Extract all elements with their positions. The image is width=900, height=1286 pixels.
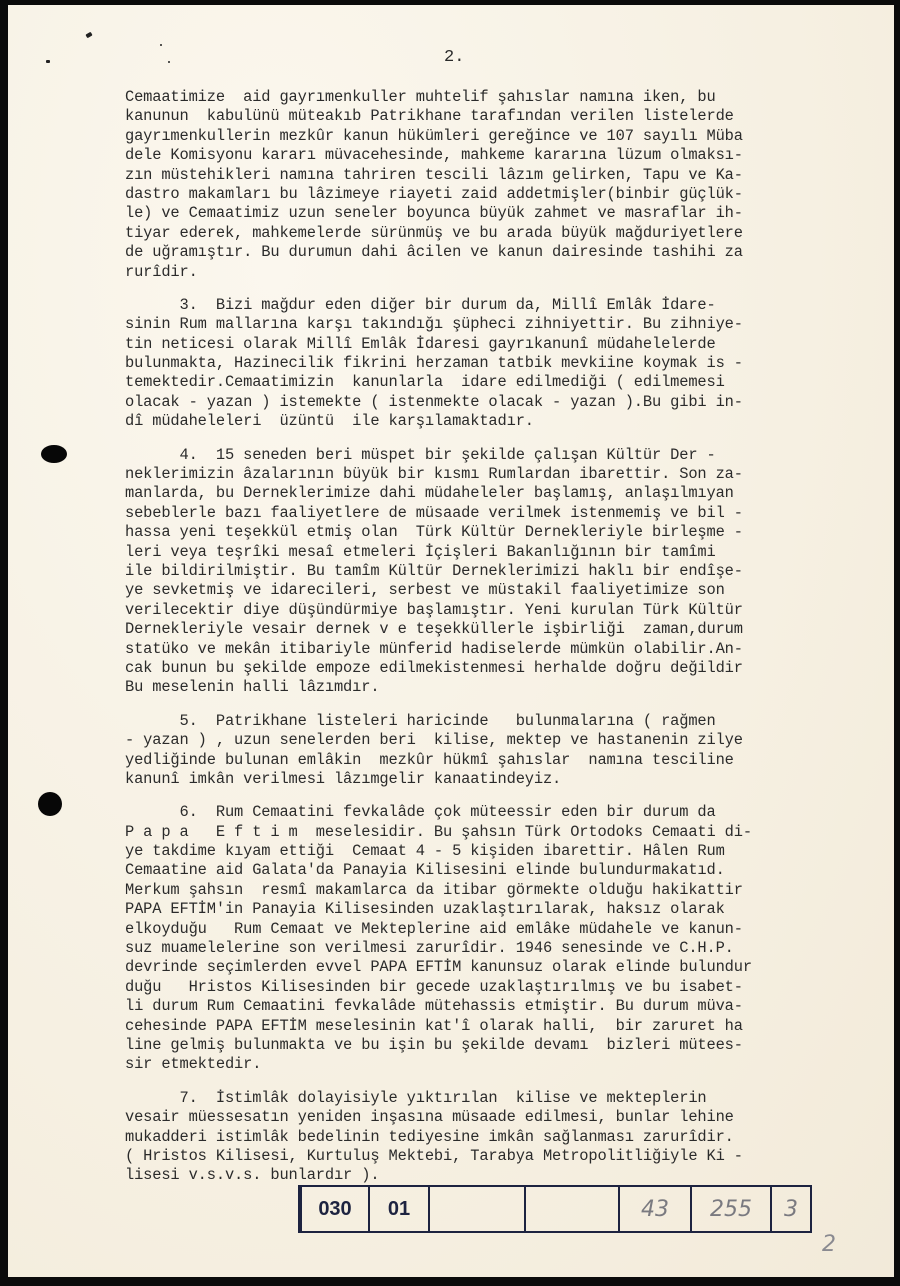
text-line: 5. Patrikhane listeleri haricinde bulunm… — [125, 712, 895, 731]
paragraph-p6: 6. Rum Cemaatini fevkalâde çok müteessir… — [125, 803, 895, 1074]
text-line: line gelmiş bulunmakta ve bu işin bu şek… — [125, 1036, 895, 1055]
text-line: P a p a E f t i m meselesidir. Bu şahsın… — [125, 823, 895, 842]
ink-speck — [168, 61, 170, 63]
text-line: dî müdaheleleri üzüntü ile karşılamaktad… — [125, 412, 895, 431]
text-line: leri veya teşrîki mesaî etmeleri İçişler… — [125, 543, 895, 562]
text-line: Cemaatimize aid gayrımenkuller muhtelif … — [125, 88, 895, 107]
paragraph-p7: 7. İstimlâk dolayisiyle yıktırılan kilis… — [125, 1089, 895, 1186]
text-line: 6. Rum Cemaatini fevkalâde çok müteessir… — [125, 803, 895, 822]
text-line: dastro makamları bu lâzimeye riayeti zai… — [125, 185, 895, 204]
paragraph-p2-cont: Cemaatimize aid gayrımenkuller muhtelif … — [125, 88, 895, 282]
stamp-cell — [526, 1187, 620, 1231]
punch-hole-lower — [38, 792, 62, 816]
text-line: statüko ve mekân itibariyle münferid had… — [125, 640, 895, 659]
stamp-cell: 030 — [302, 1187, 370, 1231]
stamp-cell — [430, 1187, 526, 1231]
text-line: - yazan ) , uzun senelerden beri kilise,… — [125, 731, 895, 750]
text-line: PAPA EFTİM'in Panayia Kilisesinden uzakl… — [125, 900, 895, 919]
text-line: mukadderi istimlâk bedelinin tediyesine … — [125, 1128, 895, 1147]
ink-speck — [46, 60, 50, 63]
text-line: cak bunun bu şekilde empoze edilmekisten… — [125, 659, 895, 678]
text-line: suz muamelelerine son verilmesi zarurîdi… — [125, 939, 895, 958]
text-line: vesair müessesatın yeniden inşasına müsa… — [125, 1108, 895, 1127]
text-line: neklerimizin âzalarının büyük bir kısmı … — [125, 465, 895, 484]
text-line: kanunun kabulünü müteakıb Patrikhane tar… — [125, 107, 895, 126]
paragraph-p5: 5. Patrikhane listeleri haricinde bulunm… — [125, 712, 895, 790]
punch-hole-upper — [41, 445, 67, 463]
stamp-cell: 255 — [692, 1187, 772, 1231]
stamp-cell: 43 — [620, 1187, 692, 1231]
text-line: bulunmakta, Hazinecilik fikrini herzaman… — [125, 354, 895, 373]
text-line: Bu meselenin halli lâzımdır. — [125, 678, 895, 697]
archive-reference-stamp: 03001432553 — [298, 1185, 812, 1233]
text-line: Cemaatine aid Galata'da Panayia Kilisesi… — [125, 861, 895, 880]
text-line: 4. 15 seneden beri müspet bir şekilde ça… — [125, 446, 895, 465]
letter-body: Cemaatimize aid gayrımenkuller muhtelif … — [125, 88, 895, 1200]
text-line: sebeblerle bazı faaliyetlere de müsaade … — [125, 504, 895, 523]
text-line: temektedir.Cemaatimizin kanunlarla idare… — [125, 373, 895, 392]
text-line: sinin Rum mallarına karşı takındığı şüph… — [125, 315, 895, 334]
text-line: elkoyduğu Rum Cemaat ve Mekteplerine aid… — [125, 920, 895, 939]
text-line: dele Komisyonu kararı müvacehesinde, mah… — [125, 146, 895, 165]
text-line: le) ve Cemaatimiz uzun seneler boyunca b… — [125, 204, 895, 223]
text-line: tin neticesi olarak Millî Emlâk İdaresi … — [125, 335, 895, 354]
pencil-page-annotation: 2 — [822, 1232, 836, 1257]
text-line: zın müstehikleri namına tahriren tescili… — [125, 166, 895, 185]
text-line: lisesi v.s.v.s. bunlardır ). — [125, 1166, 895, 1185]
text-line: devrinde seçimlerden evvel PAPA EFTİM ka… — [125, 958, 895, 977]
paragraph-p4: 4. 15 seneden beri müspet bir şekilde ça… — [125, 446, 895, 698]
text-line: rurîdir. — [125, 263, 895, 282]
text-line: verilecektir diye düşündürmiye başlamışt… — [125, 601, 895, 620]
paragraph-p3: 3. Bizi mağdur eden diğer bir durum da, … — [125, 296, 895, 432]
text-line: Dernekleriyle vesair dernek v e teşekkül… — [125, 620, 895, 639]
text-line: gayrımenkullerin mezkûr kanun hükümleri … — [125, 127, 895, 146]
text-line: 7. İstimlâk dolayisiyle yıktırılan kilis… — [125, 1089, 895, 1108]
ink-speck — [85, 32, 92, 38]
text-line: 3. Bizi mağdur eden diğer bir durum da, … — [125, 296, 895, 315]
text-line: Merkum şahsın resmî makamlarca da itibar… — [125, 881, 895, 900]
stamp-cell: 3 — [772, 1187, 810, 1231]
text-line: sir etmektedir. — [125, 1055, 895, 1074]
text-line: hassa yeni teşekkül etmiş olan Türk Kült… — [125, 523, 895, 542]
text-line: tiyar ederek, mahkemelerde sürünmüş ve b… — [125, 224, 895, 243]
text-line: kanunî imkân verilmesi lâzımgelir kanaat… — [125, 770, 895, 789]
text-line: ile bildirilmiştir. Bu tamîm Kültür Dern… — [125, 562, 895, 581]
text-line: manlarda, bu Derneklerimize dahi müdahel… — [125, 484, 895, 503]
text-line: olacak - yazan ) istemekte ( istenmekte … — [125, 393, 895, 412]
text-line: ( Hristos Kilisesi, Kurtuluş Mektebi, Ta… — [125, 1147, 895, 1166]
text-line: li durum Rum Cemaatini fevkalâde mütehas… — [125, 997, 895, 1016]
text-line: de uğramıştır. Bu durumun dahi âcilen ve… — [125, 243, 895, 262]
text-line: ye takdime kıyam ettiği Cemaat 4 - 5 kiş… — [125, 842, 895, 861]
page-number: 2. — [444, 48, 464, 67]
text-line: ye sevketmiş ve idarecileri, serbest ve … — [125, 581, 895, 600]
text-line: duğu Hristos Kilisesinden bir gecede uza… — [125, 978, 895, 997]
text-line: cehesinde PAPA EFTİM meselesinin kat'î o… — [125, 1017, 895, 1036]
ink-speck — [160, 44, 162, 46]
stamp-cell: 01 — [370, 1187, 430, 1231]
text-line: yedliğinde bulunan emlâkin mezkûr hükmî … — [125, 751, 895, 770]
